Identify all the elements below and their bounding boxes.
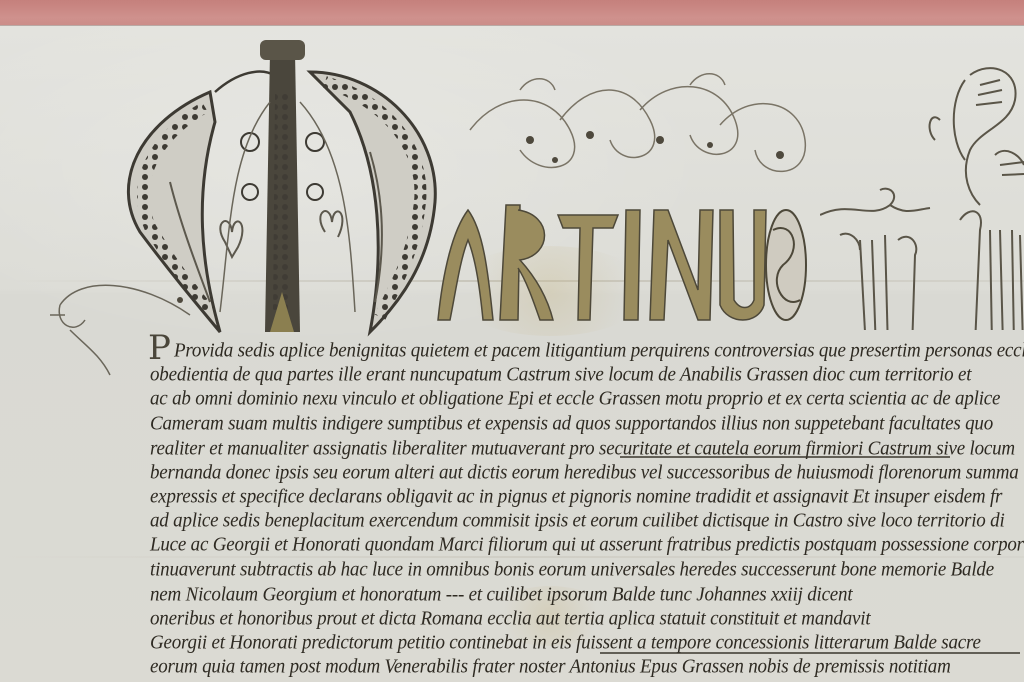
heading-artinus	[428, 190, 808, 330]
text-line: expressis et specifice declarans obligav…	[150, 485, 1002, 508]
underline-stroke	[620, 456, 950, 458]
text-line: tinuaverunt subtractis ab hac luce in om…	[150, 558, 994, 581]
text-line: bernanda donec ipsis seu eorum alteri au…	[150, 461, 1024, 484]
text-line: Provida sedis aplice benignitas quietem …	[174, 339, 1024, 362]
flourish-ornament	[460, 70, 820, 200]
underline-stroke	[600, 652, 1020, 654]
text-line: Luce ac Georgii et Honorati quondam Marc…	[150, 533, 1024, 556]
text-line: ac ab omni dominio nexu vinculo et oblig…	[150, 387, 1000, 410]
text-line: Cameram suam multis indigere sumptibus e…	[150, 412, 993, 435]
text-line: eorum quia tamen post modum Venerabilis …	[150, 655, 951, 678]
heading-eps-servus	[820, 30, 1024, 330]
text-line: nem Nicolaum Georgium et honoratum --- e…	[150, 583, 852, 606]
drop-initial-p: P	[148, 328, 171, 368]
text-line: ad aplice sedis beneplacitum exercendum …	[150, 509, 1005, 532]
text-line: obedientia de qua partes ille erant nunc…	[150, 363, 971, 386]
text-line: oneribus et honoribus prout et dicta Rom…	[150, 607, 870, 630]
